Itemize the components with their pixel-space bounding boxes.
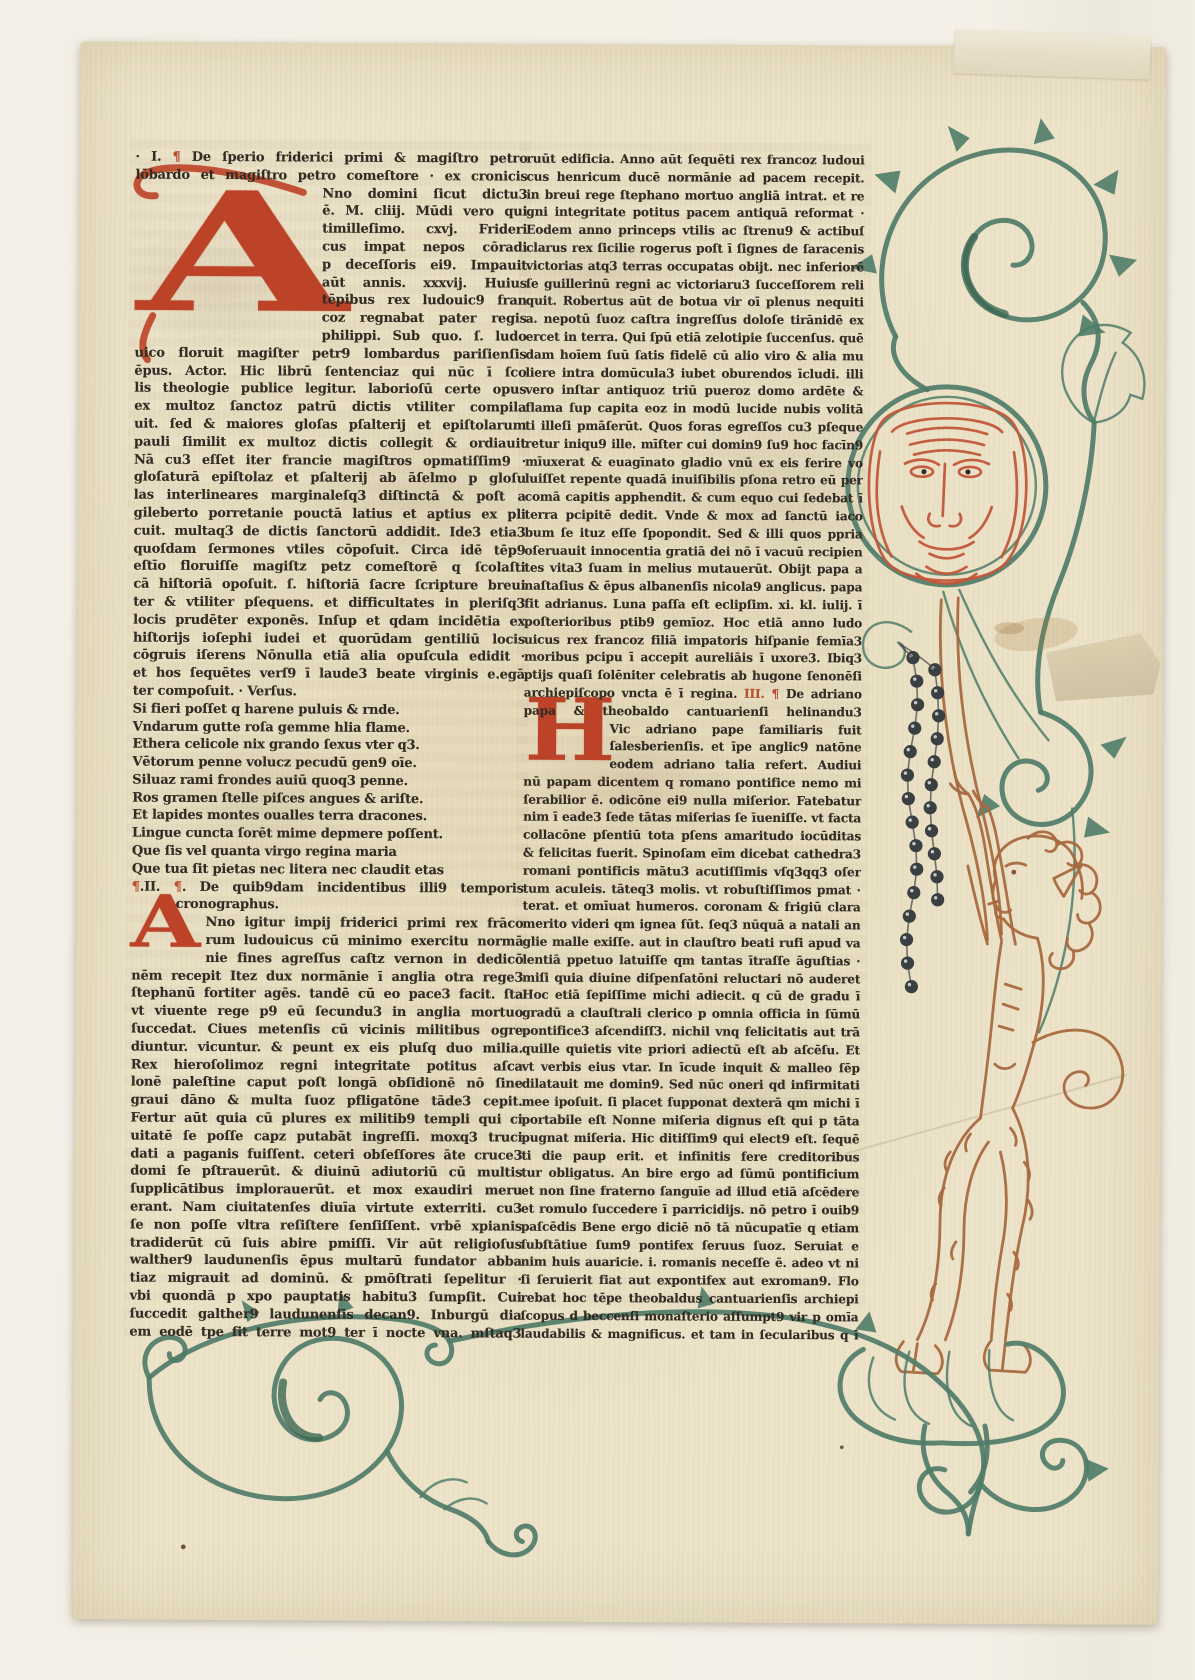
text-line: erant. Nam ciuitatenſes diuīa virtute ex…: [130, 1199, 522, 1219]
text-line: vt verbis eius vtar. In īcude inquit & m…: [522, 1058, 860, 1078]
rubric-mark: ¶: [132, 879, 140, 894]
text-line: Ethera celicole nix grando ſexus vter q3…: [132, 736, 524, 756]
text-line: tēpibus rex ludouic9 fran: [322, 292, 527, 311]
text-segment: .II.: [140, 879, 174, 894]
text-line: pontifice3 aſcendiſſ3. nichil vnq felici…: [522, 1023, 860, 1043]
text-segment: · I.: [136, 150, 173, 165]
text-line: cuit. multaq3 de dictis ſanctorū addidit…: [134, 522, 526, 542]
text-line: ſubſtātiue ſum9 pontifex ſeruus ſuoz. Se…: [521, 1236, 859, 1256]
text-line: ē. M. cliij. Mūdi vero qui: [322, 203, 527, 222]
text-line: in breui rege ſtephano mortuo angliā int…: [526, 186, 864, 206]
text-line: uico floruit magiſter petr9 lombardus pa…: [134, 344, 526, 364]
text-line: locis prudēter exponēs. Inſup et qdam in…: [133, 611, 525, 631]
text-segment: archiepiſcopo vncta ē ī regina.: [524, 686, 744, 701]
text-line: ptijs quaſi ſolēniter celebratis ab hugo…: [524, 667, 862, 687]
text-line: pauli ſimilit ex multoz dictis collegit …: [134, 433, 526, 453]
text-segment: De ſperio friderici primi & magiſtro pet…: [181, 150, 528, 167]
text-line: dilatauit me domin9. Sed nūc oneri qd in…: [522, 1076, 860, 1096]
text-line: fit adrianus. Luna paſſa eſt eclipſim. x…: [524, 596, 862, 616]
text-line: Que ſis vel quanta virgo regina maria: [132, 843, 524, 863]
text-line: nū papam dicentem q romano pontifice nem…: [523, 774, 861, 794]
text-line: quoſdam ſermones vtiles cōpoſuit. Circa …: [133, 540, 525, 560]
text-line: ercet in terra. Qui ſpū etiā zelotipie ſ…: [526, 329, 864, 349]
text-line: Et lapides montes oualles terra dracones…: [132, 807, 524, 827]
text-line: las interlineares marginaleſq3 diſtinctā…: [134, 487, 526, 507]
text-line: lonē paleſtine caput poſt longā obſidion…: [131, 1074, 523, 1094]
text-line: collacōne pſentiū tota pſens amaritudo i…: [523, 827, 861, 847]
text-line: ſuccedat. Ciues metenſis cū vicinis mili…: [131, 1021, 523, 1041]
text-line: mīuxerat & euagīnato gladio vnū ex eis f…: [525, 453, 863, 473]
text-line: ter & vtiliter pſequens. et difficultate…: [133, 593, 525, 613]
text-line: Nā cu3 eſſet iter francie magiſtros opma…: [134, 451, 526, 471]
text-line: ſi ſeruierit fiat aut expontifex aut exr…: [521, 1272, 859, 1292]
text-line: ſtephanū fortiter agēs. tandē cū eo pace…: [131, 985, 523, 1005]
text-line: pugnat miſeria. Hic ditiſſim9 qui elect9…: [521, 1129, 859, 1149]
text-line: ti die paup erit. et infinitis fere cred…: [521, 1147, 859, 1167]
scanned-manuscript: { "document": { "type": "incunabulum pag…: [0, 0, 1195, 1680]
manuscript-page: A A H · I. ¶ De ſperio friderici primi &…: [0, 0, 1195, 1680]
text-line: Hoc etiā ſepiſſime michi adiecit. q cū d…: [522, 987, 860, 1007]
text-line: ſe non poſſe vltra reſiſtere ſenſiſſent.…: [130, 1216, 522, 1236]
text-line: dam hoīem ſuū ſatis fidelē cū alio viro …: [525, 346, 863, 366]
text-line: Nno domini ſicut dictu3: [322, 185, 527, 204]
text-line: oſeruauit innocentia gratiā dei nō ī vac…: [524, 542, 862, 562]
text-line: flama ſup capita eoz in modū lucide nubi…: [525, 400, 863, 420]
text-segment: . De quib9dam incidentibus illi9 tempori…: [182, 879, 524, 896]
text-line: et hos ſequētes verſ9 ī laude3 beate vir…: [133, 665, 525, 685]
text-line: timilleſimo. cxvj. Frideri: [322, 221, 527, 240]
text-line: ex multoz ſanctoz patrū dictis vtiliter …: [134, 398, 526, 418]
text-line: hiſtorijs ioſephi iudei et quorūdam gent…: [133, 629, 525, 649]
text-line: uicus rex francoz filiā impatoris hiſpan…: [524, 631, 862, 651]
text-line: retur iniqu9 ille. mīſter cui domin9 ſu9…: [525, 435, 863, 455]
text-line: poſterioribus ptib9 gemīoz. Hoc etiā ann…: [524, 613, 862, 633]
text-line: diuntur. vicuntur. & peunt ex eis pluſq …: [131, 1038, 523, 1058]
text-line: & felicitas fuerit. Spinoſam eīm dicebat…: [523, 845, 861, 865]
text-line: nim huis auaricie. i. romanis neceſſe ē.…: [521, 1254, 859, 1274]
text-line: Vic adriano pape familiaris fuit iohānes: [610, 721, 862, 740]
text-line: vbi quondā p xpo pauptatis habitu3 ſumpſ…: [130, 1288, 522, 1308]
text-line: gni integritate potitus pacem antiquā re…: [526, 204, 864, 224]
text-line: Que tua ſit pietas nec litera nec claudi…: [132, 860, 524, 880]
text-line: Fertur aūt quia cū plures ex militib9 te…: [130, 1110, 522, 1130]
text-line: ſupplicātibus implorauerūt. et mox exaud…: [130, 1181, 522, 1201]
text-line: cōgruis iſerens Nōnulla etiā alia opuſcu…: [133, 647, 525, 667]
rubric-mark: ¶: [172, 150, 180, 165]
text-line: et non ſine fraterno ſanguīe ad illud et…: [521, 1183, 859, 1203]
text-line: ſerabilior ē. odicōne ei9 nulla miſerior…: [523, 791, 861, 811]
text-line: cus henricum ducē normānie ad pacem rece…: [526, 168, 864, 188]
text-line: em eodē tpe fit terre mot9 ter ī nocte v…: [129, 1323, 521, 1343]
text-line: uit. ſed & maiores gloſas pſalterij et e…: [134, 416, 526, 436]
text-line: gloſaturā epiſtolaz et pſalterij ab āſel…: [134, 469, 526, 489]
text-line: victorias atq3 terras occupatas obijt. n…: [526, 257, 864, 277]
text-line: ſalesberienſis. et īpe anglic9 natōne qu…: [609, 738, 861, 757]
text-line: rebat hoc tēpe theobaldus cantuarienſis …: [521, 1290, 859, 1310]
text-line: Vētorum penne volucz pecudū gen9 oīe.: [132, 754, 524, 774]
text-line: uitatē ſe poſſe capz putabāt ingreſſi. m…: [130, 1127, 522, 1147]
text-line: ſcopus d beccenſi monaſterio aſſumpt9 vi…: [520, 1307, 858, 1327]
text-line: Lingue cuncta ſorēt mime depmere poſſent…: [132, 825, 524, 845]
text-line: ſuccedit galther9 laudunenſis decan9. In…: [129, 1305, 521, 1325]
text-line: eodem adriano talia refert. Audiui adria: [609, 756, 861, 775]
text-line: aūt annis. xxxvij. Huius: [322, 274, 527, 293]
text-column-right: ruūt edificia. Anno aūt ſequēti rex fran…: [520, 151, 864, 1345]
text-line: romani pontificis mātu3 acutiſſimis vſq3…: [523, 862, 861, 882]
text-line: vero inſtar antiquoz triū pueroz domo ar…: [525, 382, 863, 402]
text-line: ruūt edificia. Anno aūt ſequēti rex fran…: [527, 151, 865, 171]
text-line: papa & theobaldo cantuarienſi helinandu3: [524, 702, 862, 722]
text-line: walther9 laudunenſis ēpus multarū fundat…: [130, 1252, 522, 1272]
text-line: mee ipoſuit. ſi placet ſupponat dexterā …: [522, 1094, 860, 1114]
text-line: ter compoſuit. · Verſus.: [133, 682, 525, 702]
text-column-left: · I. ¶ De ſperio friderici primi & magiſ…: [129, 149, 527, 1343]
text-line: gradū a clauſtrali clerico p omnia offic…: [522, 1005, 860, 1025]
text-line: miſi quia diuine diſpenſatōni reluctari …: [522, 969, 860, 989]
text-line: dati a paganis fuiſſent. ceteri obſeſſor…: [130, 1145, 522, 1165]
text-line: et romulo ſuccedere ī parricidijs. nō pe…: [521, 1201, 859, 1221]
text-line: nim ī eade3 ſede tātas miſerias ſe īueni…: [523, 809, 861, 829]
text-line: lentiā ppetuo latuiſſe qm tantas ītraſſe…: [522, 951, 860, 971]
text-line: quit. Robertus aūt de botua vir oī plenu…: [526, 293, 864, 313]
text-line: tes vita3 ſuam in melius mutauerūt. Obij…: [524, 560, 862, 580]
text-line: terra pcipitē dedit. Vnde & mox ad ſanct…: [525, 507, 863, 527]
text-line: ēpus. Actor. Hic librū ſentenciaz qui nū…: [134, 362, 526, 382]
text-line: p deceſſoris ei9. Impauit: [322, 256, 527, 275]
text-line: tum aculeis. tāteq3 molis. vt robuſtiſſi…: [523, 880, 861, 900]
text-line: · I. ¶ De ſperio friderici primi & magiſ…: [136, 149, 528, 169]
text-line: moribus pcipu ī accepit aureliāis ī uxor…: [524, 649, 862, 669]
text-line: cronographus.: [176, 896, 524, 916]
text-line: eſtīo floruiſſe magiſtz petz comeſtorē q…: [133, 558, 525, 578]
text-line: glie malle exiſſe. aut in clauſtro beati…: [522, 934, 860, 954]
text-line: luiſſet repente quadā inuiſibilis pſona …: [525, 471, 863, 491]
text-line: tur obligatus. An bire ergo ad ſūmū pont…: [521, 1165, 859, 1185]
text-line: paſcēdis Bene ergo diciē nō tā nūcupatīe…: [521, 1218, 859, 1238]
text-line: bum ſe ituz eſſe ſpopondit. Sed & illi q…: [525, 524, 863, 544]
text-line: a. nepotū ſuoz caſtra ingreſſus doloſe t…: [526, 311, 864, 331]
text-line: nie fines agreſſus caſtz vernon in dedic…: [205, 950, 523, 969]
text-line: domi ſe pſtrauerūt. & diuinū adiutoriū c…: [130, 1163, 522, 1183]
text-line: nēm recepit Itez dux normānie ī anglia o…: [131, 967, 523, 987]
text-line: Nno igitur impij friderici primi rex frā…: [206, 914, 524, 933]
tape-repair-top: [953, 29, 1150, 79]
text-line: gileberto porretanie pouctā latius et ap…: [134, 505, 526, 525]
text-line: philippi. Sub quo. ſ. ludo: [322, 328, 527, 347]
text-line: comā capitis apphendit. & cum equo cui ſ…: [525, 489, 863, 509]
text-line: rum ludouicus cū minimo exercitu normā: [205, 932, 523, 951]
text-line: laudabilis & magnificus. et tam in ſecul…: [520, 1325, 858, 1345]
text-line: tradiderūt cū ſuis abire pmiſſi. Vir aūt…: [130, 1234, 522, 1254]
text-line: lis theologie publice legitur. laborioſū…: [134, 380, 526, 400]
text-line: Si fieri poſſet q harene puluis & rnde.: [133, 700, 525, 720]
text-line: Eodem anno princeps vtilis ac ſtrenu9 & …: [526, 222, 864, 242]
text-line: Siluaz rami frondes auiū quoq3 penne.: [132, 771, 524, 791]
text-line: portabile eſt Nonne miſeria dignus eſt q…: [521, 1112, 859, 1132]
text-line: liere intra domūcula3 iubet oburendos īc…: [525, 364, 863, 384]
text-line: ſe guillerinū regni ac victoriaru3 ſucce…: [526, 275, 864, 295]
text-line: graui dāno & multa ſuoz pfligatōne tāde3…: [131, 1092, 523, 1112]
rubric-mark: ¶: [174, 879, 182, 894]
text-line: cā hiſtoriā opoſuit. ſ. hiſtoriā ſacre ſ…: [133, 576, 525, 596]
text-line: Vndarum gutte roſa gemme hlia flame.: [133, 718, 525, 738]
text-line: quille quietis vite priori adiectū eſt a…: [522, 1040, 860, 1060]
text-line: lōbardo et magiſtro petro comeſtore · ex…: [135, 166, 527, 186]
text-line: cus impat nepos cōradi: [322, 239, 527, 258]
text-line: terat. et omīuat humeros. coronam & frig…: [523, 898, 861, 918]
text-line: tiaz migrauit ad dominū. & pmōſtrati ſep…: [130, 1270, 522, 1290]
text-line: archiepiſcopo vncta ē ī regina. III. ¶ D…: [524, 685, 862, 705]
rubric-mark: III.: [744, 687, 772, 701]
text-line: merito videri qm ignea ſūt. ſeq3 nūquā a…: [523, 916, 861, 936]
text-line: coz regnabat pater regis: [322, 310, 527, 329]
text-line: clarus rex ſicilie rogerus poſt ī ſignes…: [526, 240, 864, 260]
text-line: Ros gramen ſtelle piſces angues & ariſte…: [132, 789, 524, 809]
text-line: ¶.II. ¶. De quib9dam incidentibus illi9 …: [132, 878, 524, 898]
text-line: Rex hieroſolimoz regni integritate potit…: [131, 1056, 523, 1076]
text-segment: De adriano: [779, 687, 862, 701]
text-line: vt viuente rege p9 eū ſecundu3 in anglia…: [131, 1003, 523, 1023]
text-line: naſtaſius & ēpus albanenſis nicola9 angl…: [524, 578, 862, 598]
text-line: ti illeſi pmāſerūt. Quos foras egreſſos …: [525, 418, 863, 438]
